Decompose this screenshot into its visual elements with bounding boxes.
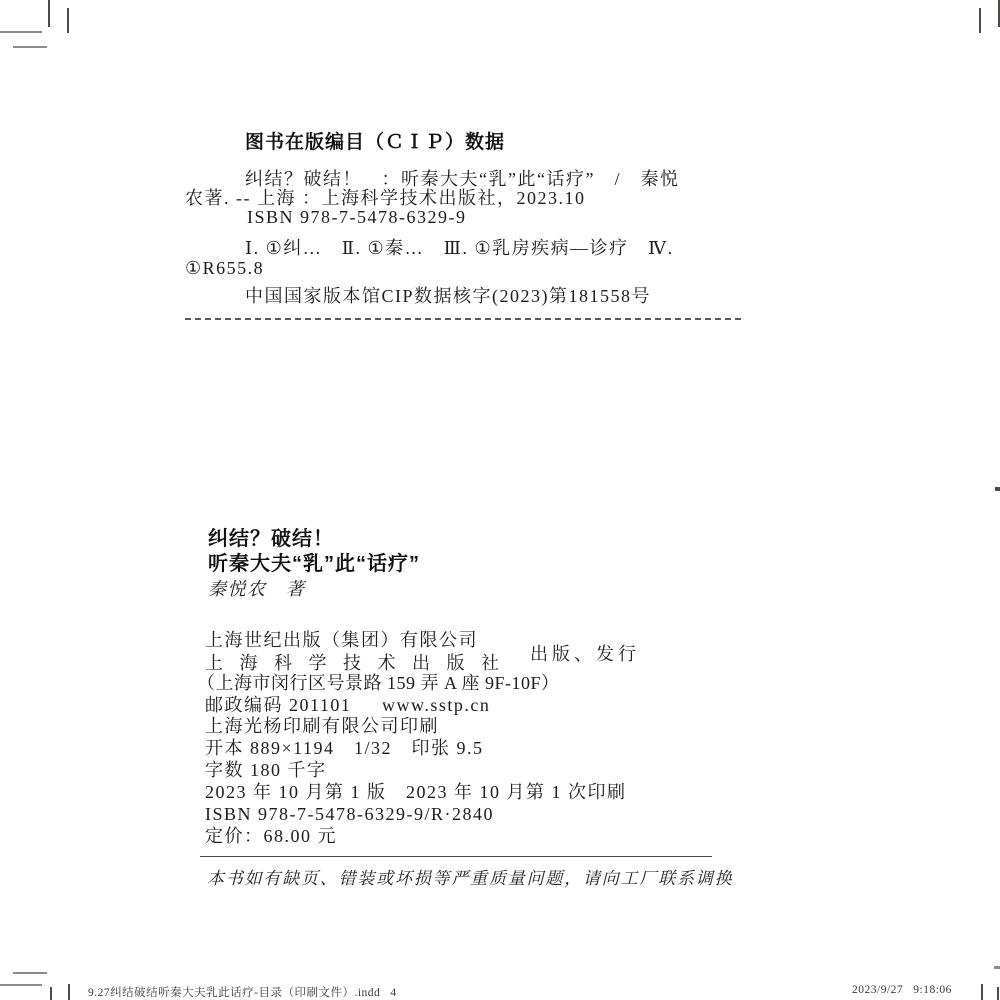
cip-entry-line-2: 农著. -- 上海 ：上海科学技术出版社，2023.10 bbox=[185, 188, 586, 209]
crop-mark-bottom-left-h1 bbox=[13, 972, 47, 974]
notice-divider bbox=[200, 856, 712, 857]
crop-mark-top-left-v1 bbox=[48, 0, 50, 27]
word-count: 字数 180 千字 bbox=[205, 760, 327, 781]
crop-mark-bottom-left-v1 bbox=[50, 987, 52, 1000]
copyright-page: 图书在版编目（ＣＩＰ）数据 纠结？破结！ ：听秦大夫“乳”此“话疗” / 秦悦 … bbox=[0, 0, 1000, 1000]
crop-mark-bottom-left-v2 bbox=[68, 984, 70, 1000]
crop-mark-bottom-right-tick bbox=[994, 966, 1000, 969]
cip-classification-line-1: Ⅰ. ①纠… Ⅱ. ①秦… Ⅲ. ①乳房疾病—诊疗 Ⅳ. bbox=[245, 238, 674, 259]
publisher-press: 上海科学技术出版社 bbox=[205, 653, 516, 674]
book-author: 秦悦农 著 bbox=[208, 579, 306, 600]
isbn-price-code: ISBN 978-7-5478-6329-9/R·2840 bbox=[205, 804, 494, 825]
crop-mark-bottom-right-v1 bbox=[981, 984, 983, 1000]
crop-mark-top-left-h1 bbox=[0, 31, 42, 33]
crop-mark-top-left-v2 bbox=[67, 8, 69, 33]
cip-isbn: ISBN 978-7-5478-6329-9 bbox=[247, 207, 467, 228]
cip-heading: 图书在版编目（ＣＩＰ）数据 bbox=[245, 132, 505, 154]
publisher-group: 上海世纪出版（集团）有限公司 bbox=[205, 630, 478, 651]
edition-printing: 2023 年 10 月第 1 版 2023 年 10 月第 1 次印刷 bbox=[205, 782, 627, 803]
crop-mark-bottom-right-v2 bbox=[997, 987, 999, 1000]
website: www.sstp.cn bbox=[382, 695, 490, 716]
cip-dashed-divider bbox=[185, 318, 745, 320]
crop-mark-top-left-h2 bbox=[13, 46, 47, 48]
publisher-address: （上海市闵行区号景路 159 弄 A 座 9F-10F） bbox=[197, 673, 560, 694]
cip-entry-line-1: 纠结？破结！ ：听秦大夫“乳”此“话疗” / 秦悦 bbox=[245, 169, 679, 190]
publisher-role: 出版、发行 bbox=[530, 644, 640, 665]
price: 定价：68.00 元 bbox=[205, 826, 337, 847]
crop-mark-right-center-tick bbox=[995, 487, 1000, 491]
crop-mark-top-right-v1 bbox=[979, 8, 981, 33]
footer-timestamp: 2023/9/27 9:18:06 bbox=[852, 984, 952, 996]
book-subtitle: 听秦大夫“乳”此“话疗” bbox=[208, 553, 420, 576]
footer-filename: 9.27纠结破结听秦大夫乳此话疗-目录（印刷文件）.indd 4 bbox=[88, 984, 397, 1000]
cip-classification-line-2: ①R655.8 bbox=[185, 258, 264, 279]
format-sheet-info: 开本 889×1194 1/32 印张 9.5 bbox=[205, 738, 483, 759]
printer: 上海光杨印刷有限公司印刷 bbox=[205, 716, 439, 737]
postcode: 邮政编码 201101 bbox=[205, 695, 351, 716]
quality-notice: 本书如有缺页、错装或坏损等严重质量问题，请向工厂联系调换 bbox=[207, 869, 733, 889]
cip-record-number: 中国国家版本馆CIP数据核字(2023)第181558号 bbox=[245, 286, 651, 307]
book-title: 纠结？破结！ bbox=[208, 528, 334, 551]
crop-mark-bottom-left-h2 bbox=[0, 984, 42, 986]
